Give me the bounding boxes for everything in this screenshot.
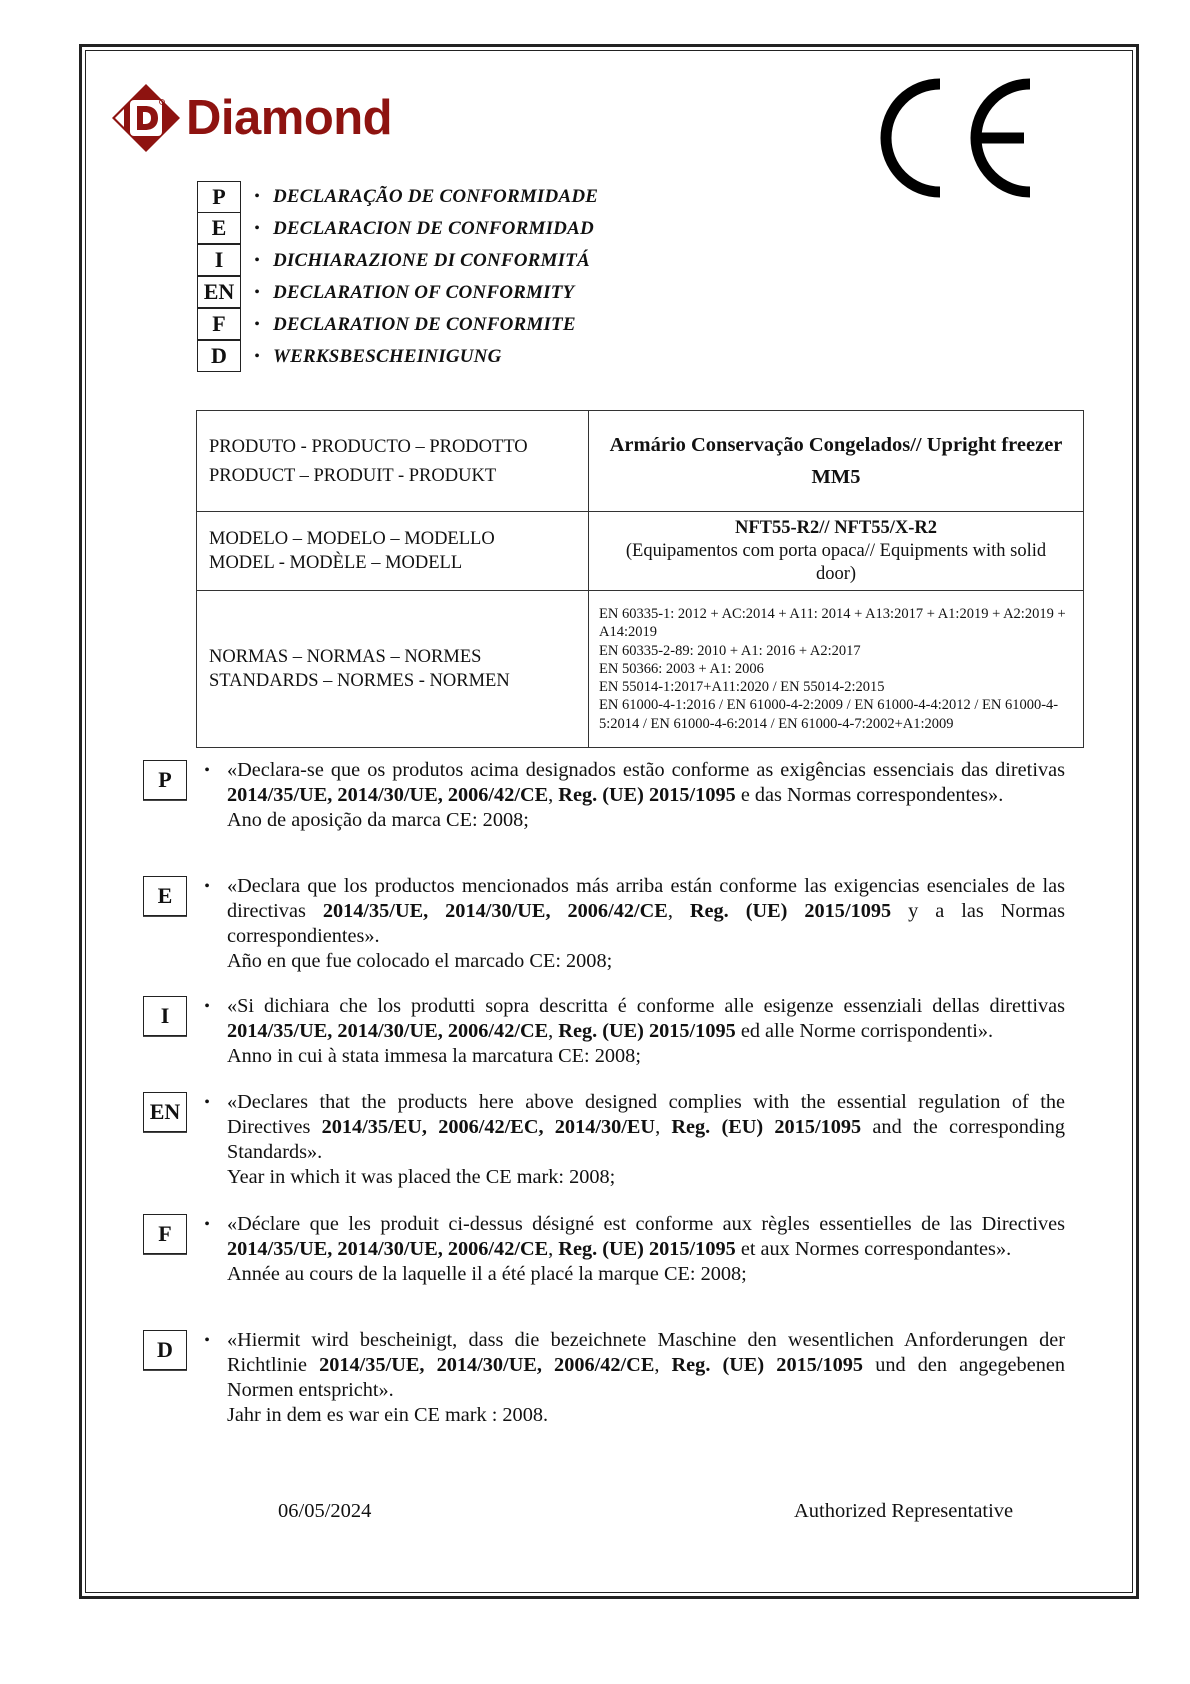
- norms-label-line1: NORMAS – NORMAS – NORMES: [209, 645, 576, 669]
- separator: ,: [654, 1354, 671, 1376]
- declaration-intro: «Déclare que les produit ci-dessus désig…: [227, 1213, 1065, 1235]
- product-label: PRODUTO - PRODUCTO – PRODOTTO PRODUCT – …: [197, 411, 589, 512]
- directives: 2014/35/UE, 2014/30/UE, 2006/42/CE: [323, 900, 668, 922]
- declaration-code-box: E: [143, 876, 187, 916]
- norm-entry: EN 50366: 2003 + A1: 2006: [599, 660, 1073, 678]
- model-label-line1: MODELO – MODELO – MODELLO: [209, 527, 576, 551]
- separator: ,: [668, 900, 690, 922]
- language-code-box: D: [197, 340, 241, 372]
- norms-label: NORMAS – NORMAS – NORMES STANDARDS – NOR…: [197, 591, 589, 748]
- separator: ,: [548, 1238, 558, 1260]
- product-code: MM5: [609, 465, 1063, 489]
- declaration-date: 06/05/2024: [278, 1500, 371, 1523]
- declaration-code-box: P: [143, 760, 187, 800]
- declaration-d: D•«Hiermit wird bescheinigt, dass die be…: [143, 1328, 1065, 1428]
- norms-value: EN 60335-1: 2012 + AC:2014 + A11: 2014 +…: [589, 591, 1084, 748]
- declaration-outro: et aux Normes correspondantes».: [736, 1238, 1011, 1260]
- product-value: Armário Conservação Congelados// Upright…: [589, 411, 1084, 512]
- bullet-icon: •: [241, 188, 273, 206]
- language-code-box: E: [197, 212, 241, 244]
- directives: 2014/35/UE, 2014/30/UE, 2006/42/CE: [227, 1020, 548, 1042]
- language-title: DECLARAÇÃO DE CONFORMIDADE: [273, 186, 598, 208]
- model-row: MODELO – MODELO – MODELLO MODEL - MODÈLE…: [197, 512, 1084, 591]
- separator: ,: [548, 784, 558, 806]
- model-note: (Equipamentos com porta opaca// Equipmen…: [609, 540, 1063, 586]
- language-row: EN•DECLARATION OF CONFORMITY: [197, 277, 598, 309]
- declaration-text: «Si dichiara che los produtti sopra desc…: [227, 994, 1065, 1069]
- declaration-i: I•«Si dichiara che los produtti sopra de…: [143, 994, 1065, 1069]
- declaration-outro: ed alle Norme corrispondenti».: [736, 1020, 993, 1042]
- bullet-icon: •: [187, 1212, 227, 1287]
- separator: ,: [548, 1020, 558, 1042]
- declaration-en: EN•«Declares that the products here abov…: [143, 1090, 1065, 1190]
- signature-label: Authorized Representative: [794, 1500, 1013, 1523]
- bullet-icon: •: [241, 252, 273, 270]
- declaration-outro: e das Normas correspondentes».: [736, 784, 1004, 806]
- model-label-line2: MODEL - MODÈLE – MODELL: [209, 551, 576, 575]
- norms-label-line2: STANDARDS – NORMES - NORMEN: [209, 669, 576, 693]
- ce-year-line: Jahr in dem es war ein CE mark : 2008.: [227, 1403, 1065, 1428]
- language-list: P•DECLARAÇÃO DE CONFORMIDADEE•DECLARACIO…: [197, 181, 598, 373]
- bullet-icon: •: [187, 1328, 227, 1428]
- product-label-line1: PRODUTO - PRODUCTO – PRODOTTO: [209, 435, 576, 459]
- directives: 2014/35/UE, 2014/30/UE, 2006/42/CE: [227, 784, 548, 806]
- regulation: Reg. (EU) 2015/1095: [671, 1116, 861, 1138]
- bullet-icon: •: [241, 220, 273, 238]
- language-row: D•WERKSBESCHEINIGUNG: [197, 341, 598, 373]
- directives: 2014/35/UE, 2014/30/UE, 2006/42/CE: [227, 1238, 548, 1260]
- language-code-box: P: [197, 181, 241, 213]
- language-row: F•DECLARATION DE CONFORMITE: [197, 309, 598, 341]
- language-title: WERKSBESCHEINIGUNG: [273, 346, 502, 368]
- declaration-p: P•«Declara-se que os produtos acima desi…: [143, 758, 1065, 833]
- model-value: NFT55-R2// NFT55/X-R2 (Equipamentos com …: [589, 512, 1084, 591]
- ce-year-line: Anno in cui à stata immesa la marcatura …: [227, 1044, 1065, 1069]
- declaration-intro: «Declara-se que os produtos acima design…: [227, 759, 1065, 781]
- bullet-icon: •: [241, 316, 273, 334]
- language-title: DECLARATION DE CONFORMITE: [273, 314, 576, 336]
- language-code-box: EN: [197, 276, 241, 308]
- ce-year-line: Año en que fue colocado el marcado CE: 2…: [227, 949, 1065, 974]
- regulation: Reg. (UE) 2015/1095: [672, 1354, 864, 1376]
- declaration-text: «Hiermit wird bescheinigt, dass die beze…: [227, 1328, 1065, 1428]
- declaration-intro: «Si dichiara che los produtti sopra desc…: [227, 995, 1065, 1017]
- model-names: NFT55-R2// NFT55/X-R2: [609, 516, 1063, 540]
- language-code-box: I: [197, 244, 241, 276]
- declaration-code-box: D: [143, 1330, 187, 1370]
- declaration-text: «Déclare que les produit ci-dessus désig…: [227, 1212, 1065, 1287]
- product-row: PRODUTO - PRODUCTO – PRODOTTO PRODUCT – …: [197, 411, 1084, 512]
- language-row: I•DICHIARAZIONE DI CONFORMITÁ: [197, 245, 598, 277]
- declaration-e: E•«Declara que los productos mencionados…: [143, 874, 1065, 974]
- bullet-icon: •: [187, 1090, 227, 1190]
- declaration-code-box: F: [143, 1214, 187, 1254]
- norm-entry: EN 61000-4-1:2016 / EN 61000-4-2:2009 / …: [599, 696, 1073, 733]
- bullet-icon: •: [187, 994, 227, 1069]
- regulation: Reg. (UE) 2015/1095: [690, 900, 891, 922]
- regulation: Reg. (UE) 2015/1095: [558, 1020, 735, 1042]
- directives: 2014/35/UE, 2014/30/UE, 2006/42/CE: [319, 1354, 654, 1376]
- declaration-f: F•«Déclare que les produit ci-dessus dés…: [143, 1212, 1065, 1287]
- norm-entry: EN 55014-1:2017+A11:2020 / EN 55014-2:20…: [599, 678, 1073, 696]
- brand-logo: Diamond: [110, 78, 392, 158]
- language-title: DECLARATION OF CONFORMITY: [273, 282, 574, 304]
- directives: 2014/35/EU, 2006/42/EC, 2014/30/EU: [322, 1116, 655, 1138]
- brand-name: Diamond: [186, 94, 392, 143]
- regulation: Reg. (UE) 2015/1095: [558, 784, 735, 806]
- ce-year-line: Year in which it was placed the CE mark:…: [227, 1165, 1065, 1190]
- language-row: E•DECLARACION DE CONFORMIDAD: [197, 213, 598, 245]
- separator: ,: [655, 1116, 671, 1138]
- norm-entry: EN 60335-2-89: 2010 + A1: 2016 + A2:2017: [599, 642, 1073, 660]
- ce-mark-icon: [880, 78, 1045, 198]
- product-name: Armário Conservação Congelados// Upright…: [609, 433, 1063, 457]
- ce-year-line: Année au cours de la laquelle il a été p…: [227, 1262, 1065, 1287]
- language-title: DECLARACION DE CONFORMIDAD: [273, 218, 594, 240]
- declaration-code-box: EN: [143, 1092, 187, 1132]
- language-code-box: F: [197, 308, 241, 340]
- ce-year-line: Ano de aposição da marca CE: 2008;: [227, 808, 1065, 833]
- norm-entry: EN 60335-1: 2012 + AC:2014 + A11: 2014 +…: [599, 605, 1073, 642]
- declaration-text: «Declara que los productos mencionados m…: [227, 874, 1065, 974]
- declaration-code-box: I: [143, 996, 187, 1036]
- declaration-text: «Declares that the products here above d…: [227, 1090, 1065, 1190]
- regulation: Reg. (UE) 2015/1095: [558, 1238, 735, 1260]
- language-row: P•DECLARAÇÃO DE CONFORMIDADE: [197, 181, 598, 213]
- language-title: DICHIARAZIONE DI CONFORMITÁ: [273, 250, 590, 272]
- product-label-line2: PRODUCT – PRODUIT - PRODUKT: [209, 464, 576, 488]
- product-table: PRODUTO - PRODUCTO – PRODOTTO PRODUCT – …: [196, 410, 1084, 748]
- diamond-logo-icon: [110, 82, 182, 154]
- bullet-icon: •: [241, 348, 273, 366]
- bullet-icon: •: [187, 874, 227, 974]
- norms-row: NORMAS – NORMAS – NORMES STANDARDS – NOR…: [197, 591, 1084, 748]
- bullet-icon: •: [241, 284, 273, 302]
- declaration-text: «Declara-se que os produtos acima design…: [227, 758, 1065, 833]
- model-label: MODELO – MODELO – MODELLO MODEL - MODÈLE…: [197, 512, 589, 591]
- bullet-icon: •: [187, 758, 227, 833]
